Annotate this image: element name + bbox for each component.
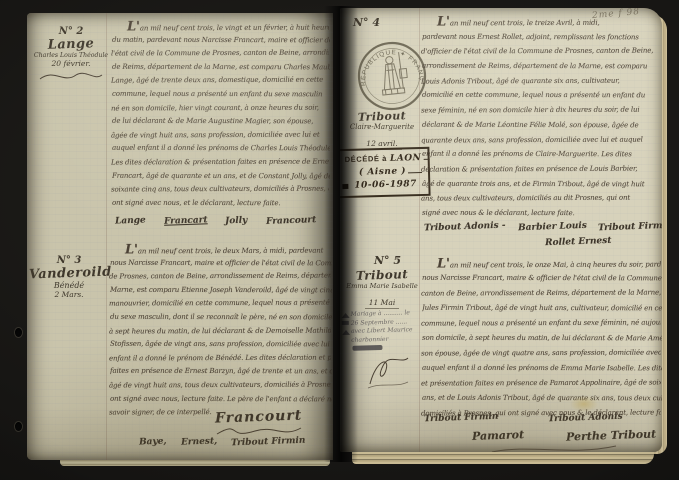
record-line: à sept heures du matin, de lui déclarant… (109, 324, 331, 339)
signature: Ernest, (180, 436, 217, 447)
record-line: du matin, pardevant nous Narcisse Franca… (112, 33, 330, 47)
record-line: L'an mil neuf cent trois, le onze Mai, à… (421, 255, 661, 271)
record-line: arrondissement de Reims, département de … (422, 59, 660, 74)
entry-number: N° 4 (353, 16, 380, 29)
death-place: LAON (390, 152, 422, 166)
margin-given-names: Bénédé (29, 281, 109, 290)
record-line: Francart, âgé de quarante et un ans, et … (112, 169, 330, 183)
record-line: L'an mil neuf cent trois, le treize Avri… (421, 14, 659, 30)
record-line: son épouse, âgée de vingt quatre ans, sa… (421, 345, 661, 361)
record-line: commune, lequel nous a présenté un enfan… (112, 88, 330, 102)
record-line: enfant il a donné le prénom de Bénédé. L… (109, 351, 331, 366)
signatures-entry-3-row2: Baye, Ernest, Tribout Firmin (139, 437, 305, 447)
record-line: déclaration & présentation faites en pré… (421, 161, 659, 177)
record-line: Louis Adonis Tribout, âgé de quarante si… (421, 73, 659, 89)
signature: Lange (115, 215, 146, 226)
record-line: du sexe masculin, dont il se reconnaît l… (110, 311, 332, 325)
margin-surname: Lange (33, 36, 109, 54)
signature: Perthe Tribout (566, 427, 657, 443)
margin-date: 11 Mai (365, 298, 399, 309)
dotted-fill-line (408, 172, 422, 173)
signature: Pamarot (472, 428, 525, 443)
record-line: de lui déclarant & de Marie Augustine Ma… (112, 115, 330, 129)
margin-given-names: Emma Marie Isabelle (340, 282, 424, 290)
record-line: Les dites déclaration & présentation fai… (111, 155, 329, 170)
birth-record-entry-5-text: L'an mil neuf cent trois, le onze Mai, à… (421, 256, 661, 421)
record-line: faites en présence de Ernest Barzyn, âgé… (110, 365, 332, 379)
register-left-page: N° 2 Lange Charles Louis Théodule 20 fév… (27, 13, 333, 460)
ink-fragment (342, 312, 350, 317)
mention-line: charbonnier (342, 334, 422, 345)
record-line: nous Narcisse Francart, maire et officie… (110, 256, 332, 270)
flourish-ornament (38, 71, 104, 83)
paper-stain (570, 396, 598, 412)
record-line: d'officier de l'état civil de la Commune… (421, 44, 659, 60)
birth-record-entry-3-text: L'an mil neuf cent trois, le deux Mars, … (109, 243, 331, 420)
ink-fragment (342, 329, 350, 334)
signature: Rollet Ernest (545, 236, 612, 248)
birth-record-entry-4-text: L'an mil neuf cent trois, le treize Avri… (421, 15, 659, 221)
signatures-entry-5: Tribout Firmin Tribout Adonis (424, 413, 623, 423)
record-line: signé avec nous & le déclarant, lecture … (422, 206, 660, 221)
record-line: ont signé avec nous, et le déclarant, le… (112, 196, 330, 210)
signature-mayor: Francourt (215, 407, 303, 426)
marriage-mention-stamp: Mariage à .......... le 26 Septembre ...… (341, 309, 422, 351)
record-line: Stofissen, âgée de vingt ans, sans profe… (110, 338, 332, 352)
binding-hole (15, 422, 22, 431)
birth-record-entry-2-text: L'an mil neuf cent trois, le vingt et un… (111, 20, 329, 210)
record-line: l'état civil de la Commune de Prosnes, c… (111, 47, 329, 62)
record-line: ans, tous deux cultivateurs, domiciliés … (421, 191, 659, 207)
mention-text: Mariage à .......... le (350, 309, 409, 318)
record-line: nous Narcisse Francart, maire & officier… (422, 271, 662, 287)
record-line: soixante cinq ans, tous deux cultivateur… (111, 183, 329, 198)
margin-given-names: Claire-Marguerite (340, 123, 424, 131)
record-line: Jules Firmin Tribout, âgé de vingt huit … (422, 301, 662, 317)
record-line: de Prosnes, canton de Beine, arrondissem… (109, 270, 331, 285)
entry-number: N° 5 (374, 254, 401, 267)
margin-note-entry-3: N° 3 Vanderoild Bénédé 2 Mars. (29, 255, 109, 299)
signature: Francart (164, 215, 208, 227)
record-line: domicilié en cette commune, lequel nous … (422, 88, 660, 103)
signature: Baye, (139, 437, 167, 448)
record-line: manouvrier, domicilié en cette commune, … (109, 297, 331, 312)
signature: Tribout Adonis - (424, 221, 506, 234)
record-line: L'an mil neuf cent trois, le vingt et un… (111, 20, 329, 35)
ink-blob (352, 345, 382, 351)
margin-surname: Tribout (340, 267, 424, 284)
signature: Francourt (265, 215, 316, 227)
signatures-entry-4: Tribout Adonis - Barbier Louis Tribout F… (424, 222, 662, 232)
margin-note-entry-2: N° 2 Lange Charles Louis Théodule 20 fév… (33, 26, 109, 87)
death-date: 10-06-1987 (354, 178, 417, 193)
signature: Tribout Adonis (548, 412, 623, 425)
mention-text: 26 Septembre ...... (351, 318, 407, 326)
record-line: âgée de vingt huit ans, sans profession,… (111, 128, 329, 143)
margin-date: 2 Mars. (29, 290, 109, 299)
mention-text: avec Libert Maurice (351, 326, 413, 335)
record-line: âgé de quarante trois ans, et de Firmin … (422, 176, 660, 191)
register-right-page: 2me f 98 N° 4 RÉPUBLIQUE ✦ FRANÇAISE (340, 8, 662, 452)
signature: Tribout Firmin (598, 221, 662, 234)
signatures-entry-2: Lange Francart Jolly Francourt (115, 216, 316, 226)
death-department: ( Aisne ) (359, 165, 406, 179)
margin-note-entry-4: Tribout Claire-Marguerite 12 avril. (340, 110, 424, 150)
ink-fragment (342, 184, 348, 189)
record-line: sexe féminin, né en son domicile hier à … (421, 103, 659, 119)
death-stamp-line: DÉCÉDÉ à LAON (341, 151, 423, 167)
death-stamp-label: DÉCÉDÉ à (344, 152, 387, 166)
record-line: âgé de vingt huit ans, tous deux cultiva… (109, 378, 331, 393)
mention-text: charbonnier (351, 335, 388, 343)
ink-fragment (342, 321, 349, 325)
margin-given-names: Charles Louis Théodule (33, 52, 109, 59)
record-line: né en son domicile, hier vingt courant, … (111, 101, 329, 116)
registrar-paraph (362, 354, 414, 392)
signatures-entry-4-row2: Rollet Ernest (545, 237, 611, 247)
margin-note-entry-5: Tribout Emma Marie Isabelle 11 Mai (340, 268, 424, 309)
record-line: quarante deux ans, sans profession, domi… (421, 132, 659, 148)
record-line: déclarant & de Marie Léontine Félie Molé… (422, 118, 660, 133)
record-line: auquel enfant il a donné les prénoms de … (112, 142, 330, 156)
margin-date: 20 février. (33, 59, 109, 68)
signature: Barbier Louis (517, 221, 586, 233)
record-line: son domicile, à sept heures du matin, de… (422, 331, 662, 347)
record-line: et présentation faites en présence de Pa… (421, 375, 661, 391)
margin-surname: Vanderoild (29, 265, 109, 283)
record-line: Marne, est comparu Etienne Joseph Vander… (110, 283, 332, 297)
record-line: auquel enfant il a donné les prénoms de … (422, 361, 662, 377)
binding-hole (15, 328, 22, 337)
death-stamp-line: 10-06-1987 (342, 178, 424, 193)
scanned-register-spread: N° 2 Lange Charles Louis Théodule 20 fév… (0, 0, 679, 480)
record-line: enfant il a donné les prénoms de Claire-… (422, 147, 660, 162)
record-line: canton de Beine, arrondissement de Reims… (421, 285, 661, 301)
record-line: ans, et de Louis Adonis Tribout, âgé de … (422, 391, 662, 407)
signature: Tribout Firmin (424, 412, 499, 425)
record-line: pardevant nous Ernest Rollet, adjoint, r… (422, 29, 660, 44)
signature-flourish (490, 444, 620, 452)
record-line: Lange, âgé de trente deux ans, domestiqu… (111, 74, 329, 89)
death-mention-stamp: DÉCÉDÉ à LAON ( Aisne ) 10-06-1987 (340, 147, 431, 198)
record-line: commune, lequel nous a présenté un enfan… (421, 315, 661, 331)
signature: Jolly (225, 216, 248, 227)
record-line: ont signé avec nous, lecture faite. Le p… (110, 392, 332, 406)
record-line: de Reims, département de la Marne, est c… (112, 60, 330, 74)
signatures-entry-5-row2: Pamarot Perthe Tribout (472, 429, 656, 442)
republique-francaise-round-stamp: RÉPUBLIQUE ✦ FRANÇAISE (352, 36, 431, 115)
record-line: L'an mil neuf cent trois, le deux Mars, … (109, 243, 331, 258)
signature: Tribout Firmin (231, 436, 306, 449)
